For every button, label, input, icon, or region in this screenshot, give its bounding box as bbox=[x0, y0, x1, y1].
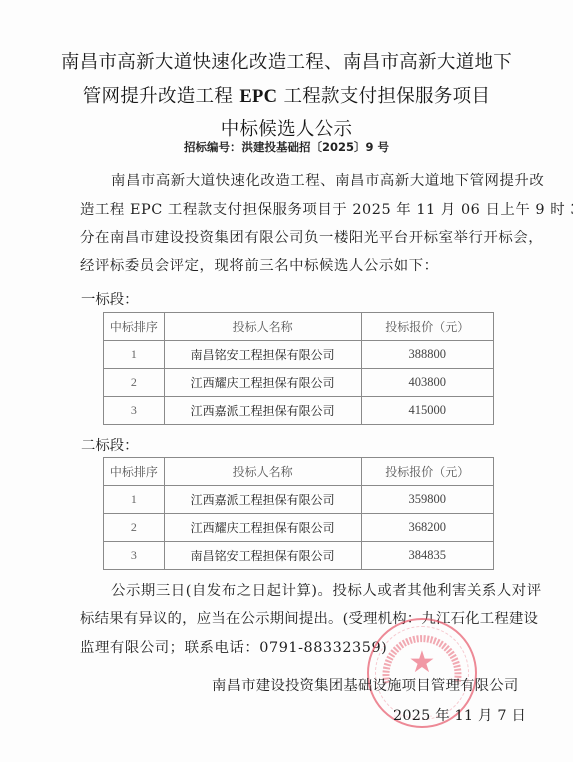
table-header-row: 中标排序 投标人名称 投标报价（元） bbox=[104, 313, 494, 341]
intro-line-3: 分在南昌市建设投资集团有限公司负一楼阳光平台开标室举行开标会， bbox=[80, 226, 510, 247]
header-price: 投标报价（元） bbox=[361, 458, 493, 486]
bidder-name-cell: 江西嘉派工程担保有限公司 bbox=[164, 486, 361, 514]
bidder-name-cell: 南昌铭安工程担保有限公司 bbox=[164, 341, 361, 369]
bid-price-cell: 415000 bbox=[361, 397, 493, 425]
table-row: 3 南昌铭安工程担保有限公司 384835 bbox=[104, 542, 494, 570]
rank-cell: 3 bbox=[104, 542, 165, 570]
header-rank: 中标排序 bbox=[104, 313, 165, 341]
bidder-name-cell: 江西耀庆工程担保有限公司 bbox=[164, 514, 361, 542]
header-price: 投标报价（元） bbox=[361, 313, 493, 341]
table-row: 1 南昌铭安工程担保有限公司 388800 bbox=[104, 341, 494, 369]
section-2-table: 中标排序 投标人名称 投标报价（元） 1 江西嘉派工程担保有限公司 359800… bbox=[103, 457, 494, 570]
title-line-2: 管网提升改造工程 EPC 工程款支付担保服务项目 bbox=[0, 82, 573, 108]
issue-date: 2025 年 11 月 7 日 bbox=[393, 704, 526, 725]
rank-cell: 1 bbox=[104, 486, 165, 514]
bid-price-cell: 384835 bbox=[361, 542, 493, 570]
section-1-table: 中标排序 投标人名称 投标报价（元） 1 南昌铭安工程担保有限公司 388800… bbox=[103, 312, 494, 425]
intro-line-1: 南昌市高新大道快速化改造工程、南昌市高新大道地下管网提升改 bbox=[111, 169, 510, 190]
header-name: 投标人名称 bbox=[164, 313, 361, 341]
rank-cell: 2 bbox=[104, 369, 165, 397]
title-line-1: 南昌市高新大道快速化改造工程、南昌市高新大道地下 bbox=[0, 48, 573, 74]
issuer-organization: 南昌市建设投资集团基础设施项目管理有限公司 bbox=[212, 674, 518, 695]
intro-line-4: 经评标委员会评定，现将前三名中标候选人公示如下： bbox=[80, 254, 510, 275]
rank-cell: 3 bbox=[104, 397, 165, 425]
tender-number: 招标编号：洪建投基础招〔2025〕9 号 bbox=[0, 139, 573, 155]
section-1-label: 一标段： bbox=[81, 288, 139, 309]
bid-price-cell: 368200 bbox=[361, 514, 493, 542]
rank-cell: 2 bbox=[104, 514, 165, 542]
title-line-3: 中标候选人公示 bbox=[0, 115, 573, 141]
table-row: 2 江西耀庆工程担保有限公司 368200 bbox=[104, 514, 494, 542]
bidder-name-cell: 南昌铭安工程担保有限公司 bbox=[164, 542, 361, 570]
section-2-label: 二标段： bbox=[81, 434, 139, 455]
table-row: 2 江西耀庆工程担保有限公司 403800 bbox=[104, 369, 494, 397]
table-row: 3 江西嘉派工程担保有限公司 415000 bbox=[104, 397, 494, 425]
bidder-name-cell: 江西嘉派工程担保有限公司 bbox=[164, 397, 361, 425]
header-name: 投标人名称 bbox=[164, 458, 361, 486]
bid-price-cell: 388800 bbox=[361, 341, 493, 369]
rank-cell: 1 bbox=[104, 341, 165, 369]
bid-price-cell: 403800 bbox=[361, 369, 493, 397]
intro-line-2: 造工程 EPC 工程款支付担保服务项目于 2025 年 11 月 06 日上午 … bbox=[80, 198, 510, 219]
table-header-row: 中标排序 投标人名称 投标报价（元） bbox=[104, 458, 494, 486]
header-rank: 中标排序 bbox=[104, 458, 165, 486]
table-row: 1 江西嘉派工程担保有限公司 359800 bbox=[104, 486, 494, 514]
bid-price-cell: 359800 bbox=[361, 486, 493, 514]
notice-line-1: 公示期三日(自发布之日起计算)。投标人或者其他利害关系人对评 bbox=[111, 579, 510, 600]
bidder-name-cell: 江西耀庆工程担保有限公司 bbox=[164, 369, 361, 397]
